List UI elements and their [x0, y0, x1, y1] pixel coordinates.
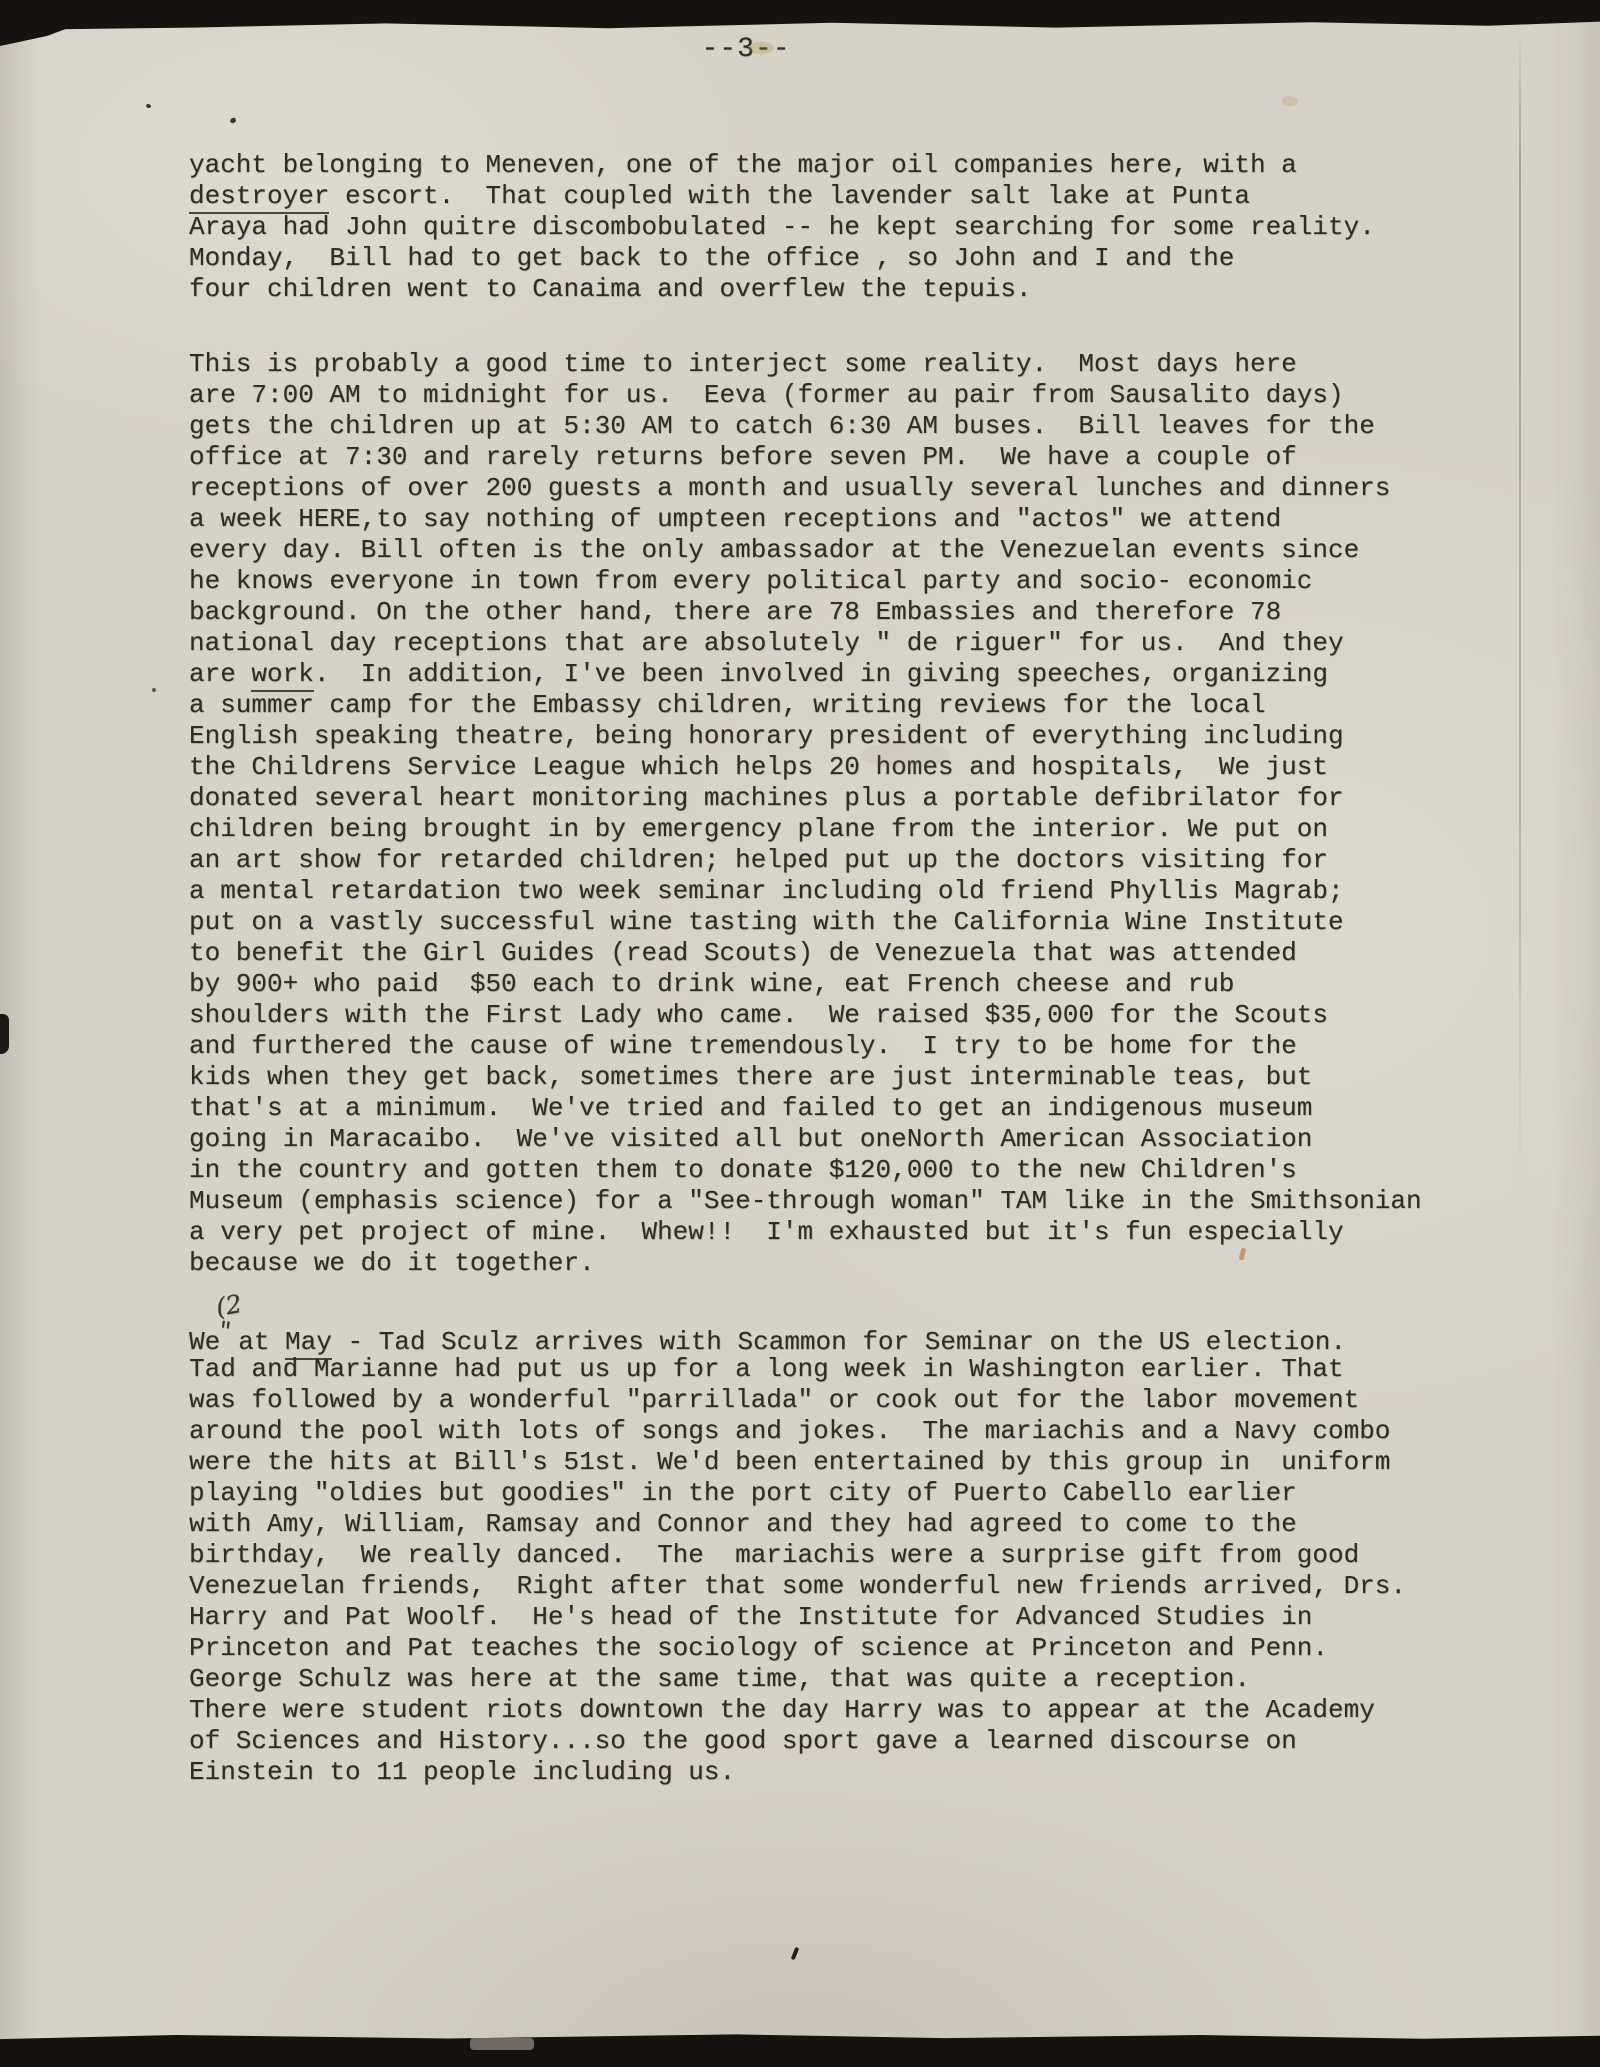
- typed-line: playing "oldies but goodies" in the port…: [189, 1478, 1519, 1509]
- paragraph: This is probably a good time to interjec…: [189, 349, 1519, 1279]
- typed-line: that's at a minimum. We've tried and fai…: [189, 1093, 1519, 1124]
- typed-line: Monday, Bill had to get back to the offi…: [189, 243, 1519, 274]
- typed-line: George Schulz was here at the same time,…: [189, 1664, 1519, 1695]
- typed-line: There were student riots downtown the da…: [189, 1695, 1519, 1726]
- typed-line: gets the children up at 5:30 AM to catch…: [189, 411, 1519, 442]
- typed-line: background. On the other hand, there are…: [189, 597, 1519, 628]
- typed-line: a week HERE,to say nothing of umpteen re…: [189, 504, 1519, 535]
- typed-line: put on a vastly successful wine tasting …: [189, 907, 1519, 938]
- typed-line: kids when they get back, sometimes there…: [189, 1062, 1519, 1093]
- typed-line: a very pet project of mine. Whew!! I'm e…: [189, 1217, 1519, 1248]
- typed-line: are work. In addition, I've been involve…: [189, 659, 1519, 690]
- typed-line: Princeton and Pat teaches the sociology …: [189, 1633, 1519, 1664]
- typed-line: Harry and Pat Woolf. He's head of the In…: [189, 1602, 1519, 1633]
- typed-line: by 900+ who paid $50 each to drink wine,…: [189, 969, 1519, 1000]
- page-number: --3--: [0, 34, 1492, 65]
- scan-speck: [146, 103, 152, 108]
- paper-stain: [860, 742, 950, 768]
- underlined-text: destroyer: [189, 181, 329, 214]
- scan-blob: [0, 1014, 9, 1054]
- scan-speck: [791, 1947, 800, 1961]
- typed-line: This is probably a good time to interjec…: [189, 349, 1519, 380]
- typed-line: birthday, We really danced. The mariachi…: [189, 1540, 1519, 1571]
- typed-line: are 7:00 AM to midnight for us. Eeva (fo…: [189, 380, 1519, 411]
- typed-line: of Sciences and History...so the good sp…: [189, 1726, 1519, 1757]
- underlined-text: work: [251, 659, 313, 692]
- typed-line: donated several heart monitoring machine…: [189, 783, 1519, 814]
- typed-line: to benefit the Girl Guides (read Scouts)…: [189, 938, 1519, 969]
- typed-line: English speaking theatre, being honorary…: [189, 721, 1519, 752]
- typed-line: destroyer escort. That coupled with the …: [189, 181, 1519, 212]
- scanner-frame-bottom: [0, 2033, 1600, 2067]
- handwritten-insertion: (2: [220, 1323, 238, 1349]
- typed-line: children being brought in by emergency p…: [189, 814, 1519, 845]
- typed-line: receptions of over 200 guests a month an…: [189, 473, 1519, 504]
- typed-line: Venezuelan friends, Right after that som…: [189, 1571, 1519, 1602]
- typed-line: the Childrens Service League which helps…: [189, 752, 1519, 783]
- scan-speck: [152, 688, 156, 692]
- typed-line: in the country and gotten them to donate…: [189, 1155, 1519, 1186]
- typed-line: Tad and Marianne had put us up for a lon…: [189, 1354, 1519, 1385]
- paragraph: yacht belonging to Meneven, one of the m…: [189, 150, 1519, 305]
- typed-line: a summer camp for the Embassy children, …: [189, 690, 1519, 721]
- typed-line: four children went to Canaima and overfl…: [189, 274, 1519, 305]
- page-edge-crease: [1519, 26, 1521, 1191]
- typed-line: every day. Bill often is the only ambass…: [189, 535, 1519, 566]
- typed-line: Araya had John quitre discombobulated --…: [189, 212, 1519, 243]
- typed-line: We(2at May - Tad Sculz arrives with Scam…: [189, 1323, 1519, 1354]
- scanner-frame-notch: [470, 2038, 534, 2050]
- paper-stain: [1282, 96, 1298, 106]
- typed-line: he knows everyone in town from every pol…: [189, 566, 1519, 597]
- typed-line: shoulders with the First Lady who came. …: [189, 1000, 1519, 1031]
- letter-body: yacht belonging to Meneven, one of the m…: [189, 150, 1519, 1832]
- scanned-letter-page: { "colors": { "paper": "#d7d2c6", "ink":…: [0, 0, 1600, 2067]
- typed-line: were the hits at Bill's 51st. We'd been …: [189, 1447, 1519, 1478]
- typed-line: an art show for retarded children; helpe…: [189, 845, 1519, 876]
- typed-line: was followed by a wonderful "parrillada"…: [189, 1385, 1519, 1416]
- typed-line: because we do it together.: [189, 1248, 1519, 1279]
- typed-line: going in Maracaibo. We've visited all bu…: [189, 1124, 1519, 1155]
- typed-line: a mental retardation two week seminar in…: [189, 876, 1519, 907]
- scan-speck: [229, 117, 236, 124]
- typed-line: with Amy, William, Ramsay and Connor and…: [189, 1509, 1519, 1540]
- paper-sheet: --3-- yacht belonging to Meneven, one of…: [0, 0, 1600, 2067]
- typed-line: and furthered the cause of wine tremendo…: [189, 1031, 1519, 1062]
- typed-line: national day receptions that are absolut…: [189, 628, 1519, 659]
- typed-line: around the pool with lots of songs and j…: [189, 1416, 1519, 1447]
- typed-line: Museum (emphasis science) for a "See-thr…: [189, 1186, 1519, 1217]
- typed-line: yacht belonging to Meneven, one of the m…: [189, 150, 1519, 181]
- paragraph: We(2at May - Tad Sculz arrives with Scam…: [189, 1323, 1519, 1788]
- typed-line: office at 7:30 and rarely returns before…: [189, 442, 1519, 473]
- handwritten-annotation-text: (2: [214, 1288, 245, 1323]
- paper-stain: [748, 42, 774, 54]
- typed-line: Einstein to 11 people including us.: [189, 1757, 1519, 1788]
